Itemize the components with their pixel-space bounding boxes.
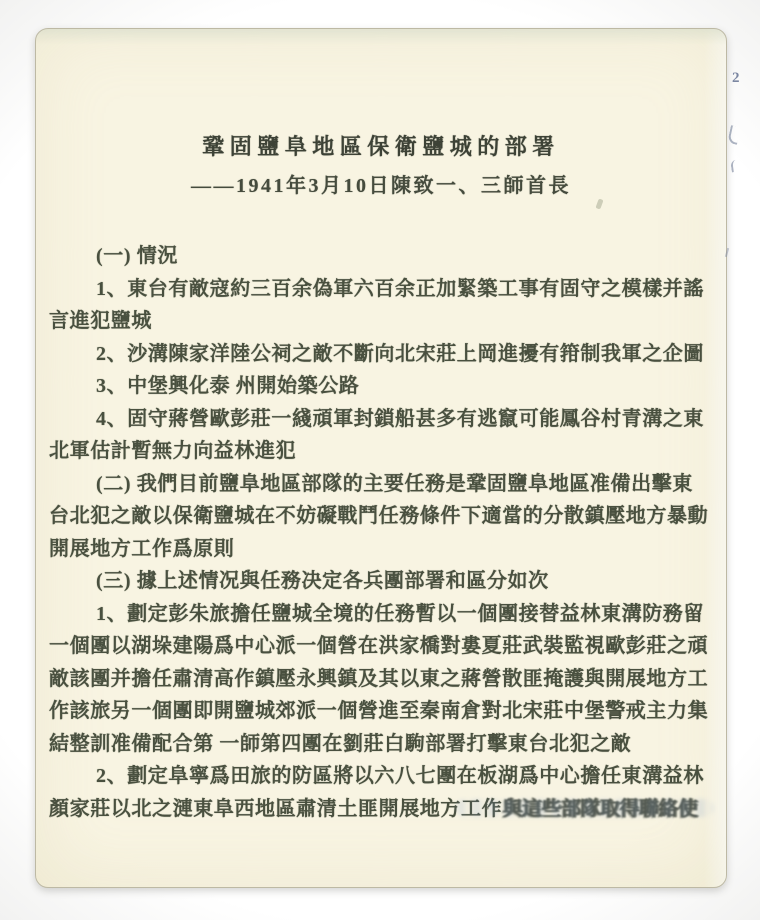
adjacent-page-number: 2 — [732, 70, 740, 87]
faint-watermark-smear — [456, 799, 714, 817]
text-line: 3、中堡興化泰 州開始築公路 — [49, 370, 712, 403]
edge-ink-mark — [730, 160, 740, 173]
text-line: 結整訓准備配合第 一師第四團在劉莊白駒部署打擊東台北犯之敵 — [49, 728, 712, 761]
stray-ink-dot: · — [485, 801, 490, 819]
text-line: 2、沙溝陳家洋陸公祠之敵不斷向北宋莊上岡進擾有箝制我軍之企圖 — [49, 338, 712, 371]
text-line: 台北犯之敵以保衛鹽城在不妨礙戰鬥任務條件下適當的分散鎮壓地方暴動 — [49, 500, 712, 533]
text-line: 一個團以湖垛建陽爲中心派一個營在洪家橋對婁夏莊武裝監視歐彭莊之頑 — [49, 630, 712, 663]
scanned-document-photo: 鞏固鹽阜地區保衛鹽城的部署 ——1941年3月10日陳致一、三師首長 (一) 情… — [0, 0, 760, 920]
text-line: (一) 情況 — [49, 240, 712, 273]
text-line: 作該旅另一個團即開鹽城郊派一個營進至秦南倉對北宋莊中堡警戒主力集 — [49, 695, 712, 728]
text-line: 4、固守蔣營歐彭莊一綫頑軍封鎖船甚多有逃竄可能鳳谷村青溝之東 — [49, 403, 712, 436]
document-page: 鞏固鹽阜地區保衛鹽城的部署 ——1941年3月10日陳致一、三師首長 (一) 情… — [35, 28, 727, 888]
paper-speck — [595, 198, 603, 209]
text-line: 1、東台有敵寇約三百余偽軍六百余正加緊築工事有固守之模樣并謠 — [49, 273, 712, 306]
text-line: (三) 據上述情况與任務决定各兵團部署和區分如次 — [49, 565, 712, 598]
text-line: 開展地方工作爲原則 — [49, 533, 712, 566]
document-title: 鞏固鹽阜地區保衛鹽城的部署 — [36, 133, 726, 161]
document-lines: (一) 情況1、東台有敵寇約三百余偽軍六百余正加緊築工事有固守之模樣并謠言進犯鹽… — [36, 240, 726, 825]
text-line: 北軍估計暫無力向益林進犯 — [49, 435, 712, 468]
edge-ink-mark — [727, 125, 741, 145]
text-line: 1、劃定彭朱旅擔任鹽城全境的任務暫以一個團接替益林東溝防務留 — [49, 598, 712, 631]
text-line: (二) 我們目前鹽阜地區部隊的主要任務是鞏固鹽阜地區准備出擊東 — [49, 468, 712, 501]
text-line: 敵該團并擔任肅清高作鎮壓永興鎮及其以東之蔣營散匪掩護與開展地方工 — [49, 663, 712, 696]
text-line: 言進犯鹽城 — [49, 305, 712, 338]
document-subtitle: ——1941年3月10日陳致一、三師首長 — [36, 172, 726, 200]
text-line: 2、劃定阜寧爲田旅的防區將以六八七團在板湖爲中心擔任東溝益林 — [49, 760, 712, 793]
